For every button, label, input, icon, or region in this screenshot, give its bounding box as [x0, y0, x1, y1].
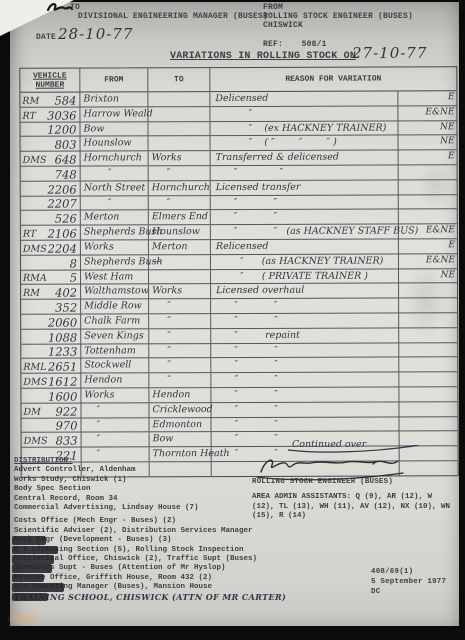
- vehicle-cell: 970: [22, 418, 82, 432]
- from-cell: Brixton: [80, 92, 148, 106]
- signoff-ref: 408/69(1): [371, 568, 413, 577]
- to-cell: Works: [149, 151, 211, 165]
- to-cell: ″: [149, 329, 211, 343]
- marker-smudge: [12, 574, 44, 583]
- status-cell: [399, 298, 457, 312]
- reason-cell: Licensed transfer: [211, 180, 399, 194]
- reason-cell: ″ ″: [212, 417, 400, 431]
- from-cell: Tottenham: [81, 344, 149, 358]
- from-location: CHISWICK: [263, 21, 303, 30]
- table-row: DMS648HornchurchWorksTransferred & delic…: [21, 150, 457, 166]
- vehicle-cell: 1088: [21, 329, 81, 343]
- vehicle-cell: RT2106: [21, 226, 81, 240]
- vehicle-class-prefix: RMA: [23, 273, 47, 284]
- table-row: 352Middle Row ″ ″ ″: [21, 298, 457, 314]
- reason-cell: ″ ″: [211, 210, 399, 224]
- reason-cell: ″ ″: [211, 343, 399, 357]
- vehicle-cell: DMS833: [22, 433, 82, 447]
- table-row: 526MertonElmers End ″ ″: [21, 210, 457, 226]
- vehicle-cell: DMS2204: [21, 241, 81, 255]
- vehicle-cell: RML2651: [21, 359, 81, 373]
- vehicle-number: 402: [55, 287, 77, 299]
- vehicle-number: 803: [55, 139, 77, 151]
- reason-cell: ″ ″: [211, 195, 399, 209]
- reason-cell: ″ ″: [211, 299, 399, 313]
- from-cell: North Street: [81, 181, 149, 195]
- table-row: 2206North StreetHornchurchLicensed trans…: [21, 180, 457, 196]
- status-cell: E: [399, 150, 457, 164]
- from-cell: West Ham: [81, 270, 149, 284]
- area-admin-assistants: AREA ADMIN ASSISTANTS: Q (9), AR (12), W…: [252, 493, 459, 522]
- vehicle-cell: 748: [21, 167, 81, 181]
- table-row: 748 ″ ″ ″ ″: [21, 165, 457, 181]
- status-cell: E&NE: [399, 224, 457, 238]
- vehicle-number: 2207: [47, 198, 76, 210]
- vehicle-number: 970: [56, 420, 78, 432]
- vehicle-cell: RM402: [21, 285, 81, 299]
- vehicle-number: 584: [54, 94, 76, 106]
- from-cell: ″: [82, 418, 150, 432]
- table-rows: RM584BrixtonDelicensedERT3036Harrow Weal…: [20, 91, 457, 461]
- from-cell: Hendon: [81, 373, 149, 387]
- table-row: 1600WorksHendon ″ ″: [21, 387, 457, 403]
- table-header-row: VEHICLE NUMBER FROM TO REASON FOR VARIAT…: [20, 67, 456, 93]
- to-cell: [148, 92, 210, 106]
- to-cell: ″: [149, 373, 211, 387]
- vehicle-number: 648: [55, 154, 77, 166]
- vehicle-number: 1600: [48, 390, 77, 402]
- table-row: DM922 ″Cricklewood ″ ″: [21, 402, 457, 418]
- reason-cell: ″: [210, 106, 398, 120]
- vehicle-class-prefix: DMS: [23, 243, 47, 254]
- distribution-item: Scientific Adviser (2), Distribution Ser…: [14, 527, 454, 536]
- header-from: FROM: [80, 68, 148, 91]
- distribution-item: Mech Engr (Development - Buses) (3): [14, 536, 454, 545]
- from-cell: Works: [81, 388, 149, 402]
- to-cell: [149, 270, 211, 284]
- table-row: 970 ″Edmonton ″ ″: [22, 417, 458, 433]
- status-cell: [399, 284, 457, 298]
- vehicle-cell: 1233: [21, 344, 81, 358]
- distribution-item: TRAINING SCHOOL, CHISWICK (ATTN OF MR CA…: [14, 593, 454, 602]
- table-row: 1200Bow ″ (ex HACKNEY TRAINER)NE: [20, 121, 456, 137]
- vehicle-number: 1612: [48, 376, 77, 388]
- table-row: 8Shepherds Bush— ″ (as HACKNEY TRAINER)E…: [21, 254, 457, 270]
- status-cell: NE: [398, 121, 456, 135]
- status-cell: [399, 210, 457, 224]
- marker-smudge: [12, 583, 64, 592]
- table-row: DMS2204WorksMertonRelicensedE: [21, 239, 457, 255]
- title-date-handwritten: 27-10-77: [352, 44, 427, 62]
- vehicle-class-prefix: DM: [23, 406, 40, 417]
- reason-cell: ″ repaint: [211, 328, 399, 342]
- table-row: 803Hounslow ″ ( ″ ″ ″ )NE: [21, 136, 457, 152]
- date-value-handwritten: 28-10-77: [58, 25, 133, 43]
- vehicle-cell: 2060: [21, 315, 81, 329]
- status-cell: E&NE: [398, 106, 456, 120]
- status-cell: [399, 328, 457, 342]
- page-title: VARIATIONS IN ROLLING STOCK ON: [170, 51, 356, 62]
- vehicle-number: 1233: [48, 346, 77, 358]
- from-cell: Hounslow: [81, 137, 149, 151]
- vehicle-number: 2651: [48, 361, 77, 373]
- reason-cell: ″ ″: [211, 387, 399, 401]
- status-cell: [399, 387, 457, 401]
- vehicle-class-prefix: DMS: [24, 436, 48, 447]
- distribution-item: Statistical Office, Chiswick (2), Traffi…: [14, 555, 454, 564]
- status-cell: [399, 313, 457, 327]
- reason-cell: Relicensed: [211, 239, 399, 253]
- header-vehicle-line1: VEHICLE: [33, 71, 67, 80]
- reason-cell: ″ ″: [211, 165, 399, 179]
- status-cell: [399, 180, 457, 194]
- vehicle-number: 8: [70, 257, 77, 269]
- vehicle-number: 2060: [48, 316, 77, 328]
- to-cell: ″: [149, 358, 211, 372]
- vehicle-cell: 352: [21, 300, 81, 314]
- vehicle-cell: RM584: [20, 93, 80, 107]
- to-cell: [148, 122, 210, 136]
- from-cell: Middle Row: [81, 299, 149, 313]
- status-cell: [399, 402, 457, 416]
- vehicle-class-prefix: RT: [22, 110, 35, 121]
- underline-swoosh: [288, 445, 420, 453]
- table-row: RT2106Shepherds BushHounslow ″ ″ (as HAC…: [21, 224, 457, 240]
- reason-cell: ″ (as HACKNEY TRAINER): [211, 254, 399, 268]
- vehicle-cell: DM922: [21, 403, 81, 417]
- from-cell: Walthamstow: [81, 285, 149, 299]
- table-row: RMA5West Ham ″ ( PRIVATE TRAINER )NE: [21, 269, 457, 285]
- distribution-item: R S Licensing Section (5), Rolling Stock…: [14, 546, 454, 555]
- vehicle-class-prefix: RML: [23, 362, 46, 373]
- vehicle-number: 352: [55, 302, 77, 314]
- scanned-document: { "header": { "to_label": "TO", "to_valu…: [0, 0, 465, 640]
- to-cell: ″: [149, 314, 211, 328]
- table-row: 2207 ″ ″ ″ ″: [21, 195, 457, 211]
- to-cell: Merton: [149, 240, 211, 254]
- reason-cell: ″ ( ″ ″ ″ ): [211, 136, 399, 150]
- header-vehicle-number: VEHICLE NUMBER: [20, 69, 80, 92]
- vehicle-number: 5: [70, 272, 77, 284]
- vehicle-class-prefix: RM: [22, 95, 39, 106]
- status-cell: [399, 372, 457, 386]
- from-cell: Chalk Farm: [81, 314, 149, 328]
- vehicle-class-prefix: RT: [23, 229, 36, 240]
- header-vehicle-line2: NUMBER: [35, 80, 64, 89]
- status-cell: [399, 195, 457, 209]
- vehicle-class-prefix: DMS: [23, 377, 47, 388]
- status-cell: NE: [399, 136, 457, 150]
- from-cell: Seven Kings: [81, 329, 149, 343]
- continued-over-note: Continued over: [292, 434, 366, 452]
- status-cell: [400, 432, 458, 446]
- to-cell: Elmers End: [149, 210, 211, 224]
- to-cell: ″: [149, 166, 211, 180]
- from-cell: Works: [81, 240, 149, 254]
- status-cell: E: [398, 91, 456, 105]
- vehicle-cell: RMA5: [21, 270, 81, 284]
- vehicle-number: 2206: [47, 183, 76, 195]
- from-cell: Hornchurch: [81, 152, 149, 166]
- vehicle-number: 1200: [47, 124, 76, 136]
- vehicle-class-prefix: DMS: [23, 155, 47, 166]
- to-cell: Edmonton: [150, 418, 212, 432]
- table-row: 2060Chalk Farm ″ ″ ″: [21, 313, 457, 329]
- from-cell: Stockwell: [81, 359, 149, 373]
- to-cell: Works: [149, 284, 211, 298]
- reason-cell: ″ ″ (as HACKNEY STAFF BUS): [211, 225, 399, 239]
- to-cell: Hornchurch: [149, 181, 211, 195]
- from-cell: ″: [81, 166, 149, 180]
- vehicle-class-prefix: RM: [23, 288, 40, 299]
- marker-smudge: [12, 536, 46, 545]
- vehicle-number: 833: [56, 435, 78, 447]
- variations-table: VEHICLE NUMBER FROM TO REASON FOR VARIAT…: [19, 66, 458, 477]
- from-cell: ″: [82, 433, 150, 447]
- vehicle-cell: 2207: [21, 196, 81, 210]
- table-row: 1088Seven Kings ″ ″ repaint: [21, 328, 457, 344]
- reason-cell: ″ (ex HACKNEY TRAINER): [210, 121, 398, 135]
- status-cell: NE: [399, 269, 457, 283]
- from-cell: ″: [81, 196, 149, 210]
- vehicle-cell: 2206: [21, 181, 81, 195]
- to-cell: ″: [149, 299, 211, 313]
- status-cell: [399, 358, 457, 372]
- vehicle-cell: DMS648: [21, 152, 81, 166]
- signoff-date: 5 September 1977: [371, 578, 446, 587]
- to-cell: ″: [149, 196, 211, 210]
- to-cell: Hounslow: [149, 225, 211, 239]
- vehicle-cell: 526: [21, 211, 81, 225]
- reason-cell: ″ ″: [211, 373, 399, 387]
- ref-label: REF:: [263, 40, 283, 49]
- vehicle-cell: 1200: [20, 122, 80, 136]
- signoff-initials: DC: [371, 588, 380, 597]
- reason-cell: ″ ″: [211, 313, 399, 327]
- status-cell: [399, 165, 457, 179]
- table-row: RM402WalthamstowWorksLicensed overhaul: [21, 284, 457, 300]
- ref-line: REF: 508/1: [263, 33, 327, 51]
- to-cell: Cricklewood: [149, 403, 211, 417]
- vehicle-cell: 803: [21, 137, 81, 151]
- to-value: DIVISIONAL ENGINEERING MANAGER (BUSES): [78, 12, 268, 21]
- table-row: RML2651Stockwell ″ ″ ″: [21, 358, 457, 374]
- vehicle-cell: RT3036: [20, 107, 80, 121]
- vehicle-cell: 1600: [21, 388, 81, 402]
- scan-edge-bottom: [0, 626, 465, 640]
- header-to: TO: [148, 68, 210, 91]
- from-cell: Bow: [80, 122, 148, 136]
- from-cell: ″: [81, 403, 149, 417]
- vehicle-number: 2106: [48, 228, 77, 240]
- vehicle-number: 748: [55, 168, 77, 180]
- reason-cell: ″ ( PRIVATE TRAINER ): [211, 269, 399, 283]
- from-label: FROM: [263, 3, 283, 12]
- to-cell: [148, 107, 210, 121]
- table-row: RT3036Harrow Weald ″E&NE: [20, 106, 456, 122]
- reason-cell: ″ ″: [211, 402, 399, 416]
- marker-smudge: [12, 564, 52, 573]
- marker-smudge: [12, 555, 54, 564]
- table-row: 1233Tottenham ″ ″ ″: [21, 343, 457, 359]
- status-cell: E&NE: [399, 254, 457, 268]
- status-cell: [400, 417, 458, 431]
- ref-value: 508/1: [302, 40, 327, 49]
- from-value: ROLLING STOCK ENGINEER (BUSES): [263, 12, 413, 21]
- date-label: DATE: [36, 33, 56, 42]
- vehicle-number: 3036: [47, 109, 76, 121]
- scan-edge-left: [0, 0, 10, 640]
- to-cell: Hendon: [149, 388, 211, 402]
- reason-cell: Delicensed: [210, 91, 398, 105]
- to-cell: [149, 136, 211, 150]
- vehicle-cell: 8: [21, 255, 81, 269]
- table-row: RM584BrixtonDelicensedE: [20, 91, 456, 107]
- from-cell: Shepherds Bush: [81, 225, 149, 239]
- vehicle-number: 922: [56, 405, 78, 417]
- scan-edge-right: [459, 0, 465, 640]
- reason-cell: Licensed overhaul: [211, 284, 399, 298]
- vehicle-number: 526: [55, 213, 77, 225]
- vehicle-number: 1088: [48, 331, 77, 343]
- to-cell: Bow: [150, 432, 212, 446]
- table-row: DMS1612Hendon ″ ″ ″: [21, 372, 457, 388]
- to-cell: ″: [149, 344, 211, 358]
- from-cell: Merton: [81, 211, 149, 225]
- header-reason: REASON FOR VARIATION: [210, 67, 456, 91]
- reason-cell: ″ ″: [211, 358, 399, 372]
- reason-cell: Transferred & delicensed: [211, 151, 399, 165]
- vehicle-cell: DMS1612: [21, 374, 81, 388]
- from-cell: Shepherds Bush: [81, 255, 149, 269]
- status-cell: [399, 343, 457, 357]
- vehicle-number: 2204: [48, 242, 77, 254]
- from-cell: Harrow Weald: [80, 107, 148, 121]
- marker-smudge: [12, 546, 58, 555]
- signoff-role: ROLLING STOCK ENGINEER (BUSES): [252, 478, 393, 487]
- to-cell: —: [149, 255, 211, 269]
- to-label: TO: [70, 3, 80, 12]
- status-cell: E: [399, 239, 457, 253]
- marker-smudge: [12, 593, 48, 602]
